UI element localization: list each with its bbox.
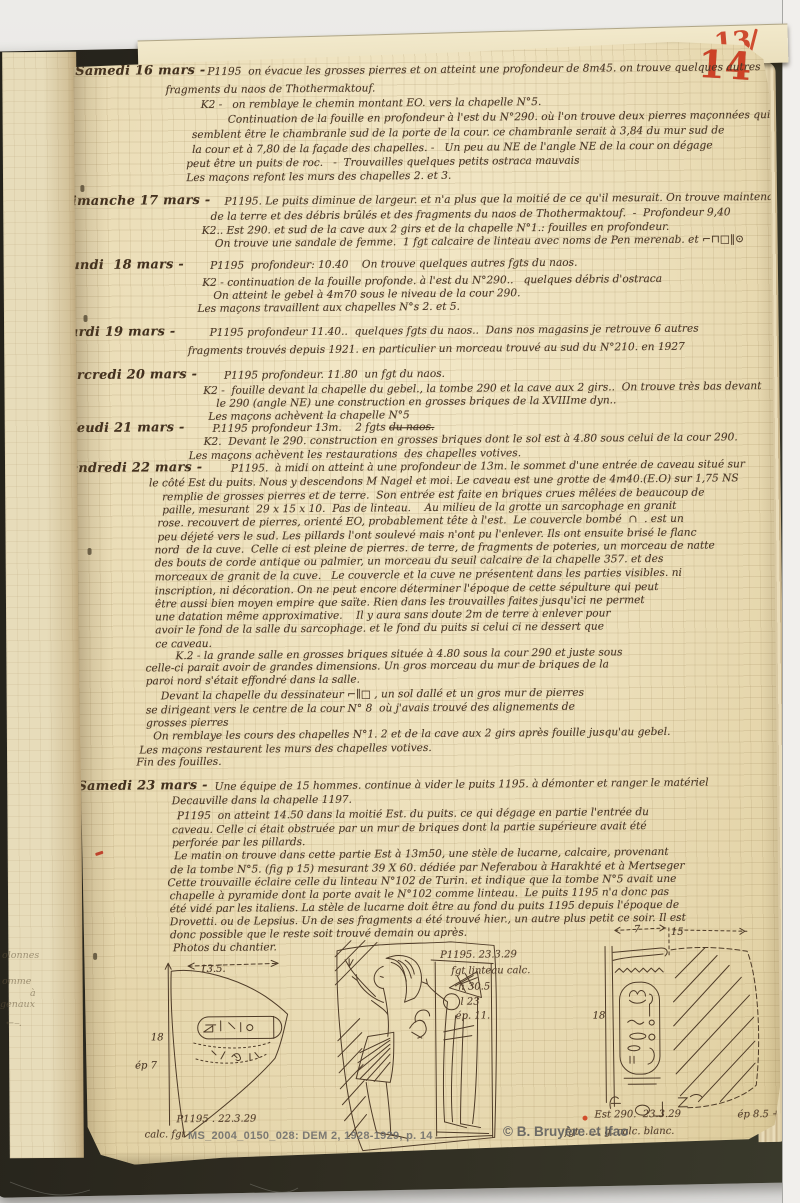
manuscript-line: Une équipe de 15 hommes. continue à vide… [215,777,709,793]
manuscript-line: Continuation de la fouille en profondeur… [228,109,771,126]
facing-page-fragment: omme [2,976,31,988]
entry-date: Dimanche 17 mars - [60,195,210,208]
watermark-manuscript-id: MS_2004_0150_028: DEM 2, 1928-1929, p. 1… [188,1130,433,1142]
scanned-notebook-page: 13 olonnesommeàgenaux←⎯. 14 [0,0,800,1203]
sketch-label: P1195. 23.3.29 [440,949,517,962]
sketch-label: 7 [634,924,640,936]
manuscript-line: ce caveau. [155,638,212,650]
facing-page-fragment: olonnes [2,950,39,962]
gutter-nick [88,548,92,555]
sketch-label: l 23 [460,997,479,1009]
sketch-label: ép 7 [135,1060,157,1072]
manuscript-line: Photos du chantier. [173,941,277,954]
sketch-label: calc. fgt [145,1129,186,1141]
watermark-copyright: © B. Bruyère et Ifao [503,1124,628,1139]
manuscript-line: Fin des fouilles. [136,756,221,769]
sketch-label: 15 [671,927,684,939]
sketch-label: 18 [151,1032,164,1044]
manuscript-line: P1195 profondeur: 10.40 On trouve quelqu… [210,257,577,272]
gutter-nick [80,185,84,192]
manuscript-line: le 290 (angle NE) une construction en gr… [216,394,616,409]
manuscript-line: fragments trouvés depuis 1921. en partic… [188,341,685,357]
manuscript-line: peut être un puits de roc. - Trouvailles… [186,155,579,170]
scanner-background-strip [782,0,800,1203]
manuscript-line: K2 - continuation de la fouille profonde… [202,273,662,289]
sketch-label: fgt linteau calc. [451,965,530,978]
facing-page-fragment: ←⎯. [6,1018,22,1030]
manuscript-line: grosses pierres [146,717,229,730]
manuscript-line: Les maçons refont les murs des chapelles… [186,170,451,184]
sketch-label: 18 [593,1010,606,1022]
manuscript-line: la cour et à 7,80 de la façade des chape… [192,139,713,156]
manuscript-line: P1195 profondeur 11.40.. quelques fgts d… [210,323,699,339]
gutter-nick [83,315,87,322]
manuscript-line: Devant la chapelle du dessinateur ⌐∥□ , … [161,687,584,703]
manuscript-text: 14 [0,0,800,1203]
manuscript-line: Les maçons travaillent aux chapelles N°s… [197,301,460,315]
manuscript-line: K2 - fouille devant la chapelle du gebel… [203,380,761,397]
red-margin-tick [95,851,103,856]
sketch-label: ép 8.5 + [737,1109,780,1121]
sketch-label: h 30.5 [458,981,490,993]
sketch-label: 13.5. [200,964,226,976]
manuscript-line: P1195 on évacue les grosses pierres et o… [207,61,760,78]
manuscript-line: avoir le fond de la salle du sarcophage.… [155,620,604,636]
sketch-label: P1195 . 22.3.29 [176,1114,256,1127]
main-page: 14 [73,35,783,1166]
facing-page-fragment: genaux [0,999,35,1011]
entry-date: Vendredi 22 mars - [61,462,203,475]
manuscript-line: caveau. Celle ci était obstruée par un m… [172,820,647,836]
manuscript-line: P1195 profondeur. 11.80 un fgt du naos. [224,368,445,382]
manuscript-line: P.1195 profondeur 13m. 2 fgts du naos. [212,421,434,435]
sketch-label: Est 290. 23.3.29 [594,1109,681,1122]
manuscript-line: Decauville dans la chapelle 1197. [172,794,352,808]
manuscript-line: Les maçons restaurent les murs des chape… [139,742,432,757]
manuscript-line: On remblaye les cours des chapelles N°1.… [153,726,670,743]
manuscript-line: On atteint le gebel à 4m70 sous le nivea… [213,287,520,302]
manuscript-line: paroi nord s'était effondré dans la sall… [146,674,360,688]
sketch-label: ép. 11. [456,1010,491,1022]
manuscript-line: K2 - on remblaye le chemin montant EO. v… [201,96,542,111]
manuscript-line: fragments du naos de Thothermaktouf. [165,82,375,96]
entry-date: Samedi 23 mars - [78,780,208,793]
entry-date: Jeudi 21 mars - [70,422,184,435]
facing-page-notes: olonnesommeàgenaux←⎯. [0,0,80,1203]
manuscript-line: P1195. Le puits diminue de largeur. et n… [224,191,784,208]
entry-date: Samedi 16 mars - [75,65,205,78]
manuscript-line: semblent être le chambranle sud de la po… [192,124,725,141]
manuscript-line: se dirigeant vers le centre de la cour N… [146,701,575,717]
gutter-nick [93,953,97,960]
manuscript-line: perforée par les pillards. [172,836,305,849]
